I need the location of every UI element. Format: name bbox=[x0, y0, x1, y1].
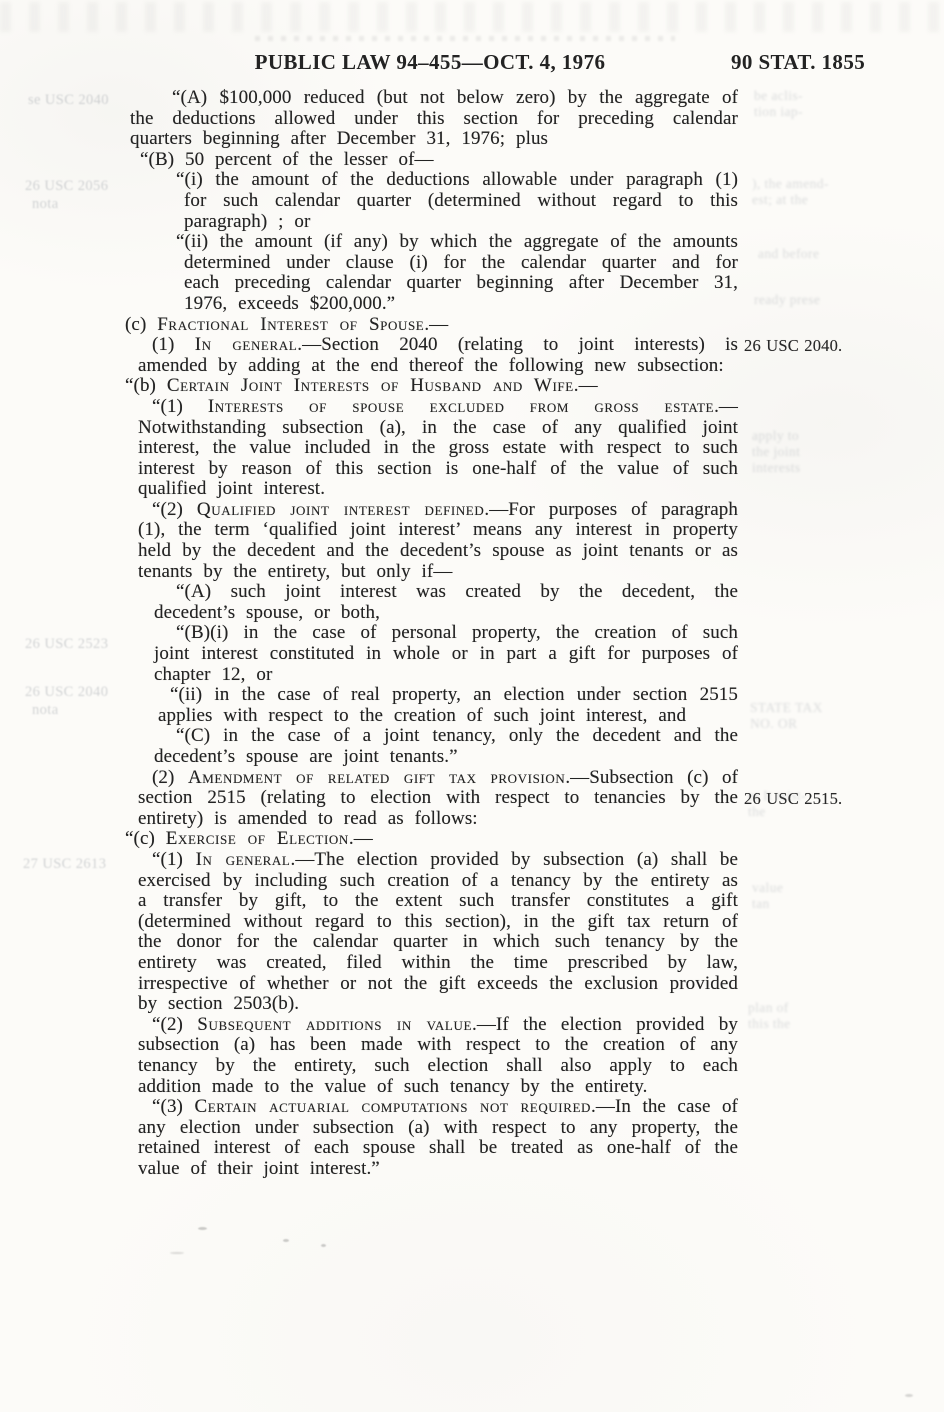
statute-paragraph: “(ii) in the case of real property, an e… bbox=[158, 685, 738, 726]
statute-paragraph: “(B) 50 percent of the lesser of— bbox=[138, 150, 738, 171]
scan-noise-band bbox=[0, 2, 944, 32]
scan-speck bbox=[170, 1252, 184, 1254]
paragraph-text: “(A) $100,000 reduced (but not below zer… bbox=[130, 87, 738, 149]
statute-paragraph: “(C) in the case of a joint tenancy, onl… bbox=[154, 726, 738, 767]
statute-paragraph: (1) In general.—Section 2040 (relating t… bbox=[138, 335, 738, 376]
paragraph-text: .— bbox=[574, 375, 598, 396]
ghost-text: value tan bbox=[752, 880, 922, 912]
paragraph-heading: In general bbox=[196, 849, 291, 870]
paragraph-text: “(ii) in the case of real property, an e… bbox=[158, 684, 738, 726]
statute-paragraph: “(A) such joint interest was created by … bbox=[154, 582, 738, 623]
paragraph-text: “(3) bbox=[152, 1096, 194, 1117]
paragraph-text: “(C) in the case of a joint tenancy, onl… bbox=[154, 725, 738, 767]
ghost-text: nota bbox=[32, 702, 59, 718]
statute-paragraph: (c) Fractional Interest of Spouse.— bbox=[122, 315, 738, 336]
ghost-text: apply to the joint interests bbox=[752, 428, 932, 476]
paragraph-heading: Amendment of related gift tax provision bbox=[188, 767, 565, 788]
statute-paragraph: “(3) Certain actuarial computations not … bbox=[138, 1097, 738, 1179]
paragraph-text: “(b) bbox=[125, 375, 167, 396]
paragraph-text: “(ii) the amount (if any) by which the a… bbox=[176, 231, 738, 314]
paragraph-text: “(B)(i) in the case of personal property… bbox=[154, 622, 738, 684]
statute-paragraph: “(A) $100,000 reduced (but not below zer… bbox=[130, 88, 738, 150]
statute-text-column: “(A) $100,000 reduced (but not below zer… bbox=[122, 88, 738, 1179]
paragraph-text: “(2) bbox=[152, 499, 197, 520]
statute-paragraph: “(b) Certain Joint Interests of Husband … bbox=[122, 376, 738, 397]
paragraph-text: “(c) bbox=[125, 828, 166, 849]
paragraph-heading: In general bbox=[195, 334, 298, 355]
ghost-text: plan of this the bbox=[748, 1000, 928, 1032]
scan-speck bbox=[905, 1394, 913, 1397]
stat-number: 90 STAT. 1855 bbox=[731, 50, 931, 75]
ghost-text: 27 USC 2613 bbox=[23, 856, 106, 872]
scan-speck bbox=[283, 1239, 289, 1242]
paragraph-text: “(B) 50 percent of the lesser of— bbox=[140, 149, 434, 170]
paragraph-text: “(1) bbox=[152, 396, 208, 417]
ghost-text: 26 USC 2040 bbox=[25, 684, 108, 700]
scan-speck bbox=[198, 1227, 207, 1230]
ghost-text: nota bbox=[32, 196, 59, 212]
scan-noise-dashes bbox=[255, 36, 675, 41]
paragraph-text: (1) bbox=[152, 334, 195, 355]
paragraph-heading: Qualified joint interest defined bbox=[197, 499, 484, 520]
paragraph-text: .— bbox=[424, 314, 448, 335]
ghost-text: er It reist- the bbox=[748, 788, 928, 820]
statute-paragraph: “(1) In general.—The election provided b… bbox=[138, 850, 738, 1015]
paragraph-text: .— bbox=[349, 828, 373, 849]
paragraph-heading: Fractional Interest of Spouse bbox=[157, 314, 424, 335]
margin-note: 26 USC 2040. bbox=[744, 336, 842, 355]
ghost-text: ready prese bbox=[754, 292, 924, 308]
paragraph-text: “(1) bbox=[152, 849, 196, 870]
statute-paragraph: “(ii) the amount (if any) by which the a… bbox=[184, 232, 738, 314]
ghost-text: STATE TAX NO. OR bbox=[750, 700, 930, 732]
paragraph-heading: Certain Joint Interests of Husband and W… bbox=[167, 375, 574, 396]
paragraph-heading: Certain actuarial computations not requi… bbox=[194, 1096, 591, 1117]
ghost-text: 26 USC 2056 bbox=[25, 178, 108, 194]
statute-paragraph: “(2) Subsequent additions in value.—If t… bbox=[138, 1015, 738, 1097]
ghost-text: ), the amend- est; at the bbox=[752, 176, 932, 208]
scan-speck bbox=[321, 1244, 326, 1247]
ghost-text: se USC 2040 bbox=[28, 92, 109, 108]
statute-paragraph: (2) Amendment of related gift tax provis… bbox=[138, 768, 738, 830]
ghost-text: and before bbox=[758, 246, 928, 262]
statute-paragraph: “(2) Qualified joint interest defined.—F… bbox=[138, 500, 738, 582]
paragraph-text: “(i) the amount of the deductions allowa… bbox=[176, 169, 738, 231]
statute-paragraph: “(c) Exercise of Election.— bbox=[122, 829, 738, 850]
paragraph-text: (c) bbox=[125, 314, 157, 335]
page-title: PUBLIC LAW 94–455—OCT. 4, 1976 bbox=[122, 50, 738, 75]
ghost-text: be aclis- tion iap- bbox=[754, 88, 934, 120]
paragraph-text: “(A) such joint interest was created by … bbox=[154, 581, 738, 623]
paragraph-heading: Subsequent additions in value bbox=[197, 1014, 472, 1035]
paragraph-heading: Interests of spouse excluded from gross … bbox=[208, 396, 714, 417]
statute-paragraph: “(B)(i) in the case of personal property… bbox=[154, 623, 738, 685]
ghost-text: 26 USC 2523 bbox=[25, 636, 108, 652]
paragraph-text: .—The election provided by subsection (a… bbox=[138, 849, 738, 1014]
paragraph-text: (2) bbox=[152, 767, 188, 788]
statute-paragraph: “(i) the amount of the deductions allowa… bbox=[184, 170, 738, 232]
paragraph-text: “(2) bbox=[152, 1014, 197, 1035]
statute-page: PUBLIC LAW 94–455—OCT. 4, 1976 90 STAT. … bbox=[0, 0, 944, 1412]
statute-paragraph: “(1) Interests of spouse excluded from g… bbox=[138, 397, 738, 500]
paragraph-heading: Exercise of Election bbox=[166, 828, 349, 849]
